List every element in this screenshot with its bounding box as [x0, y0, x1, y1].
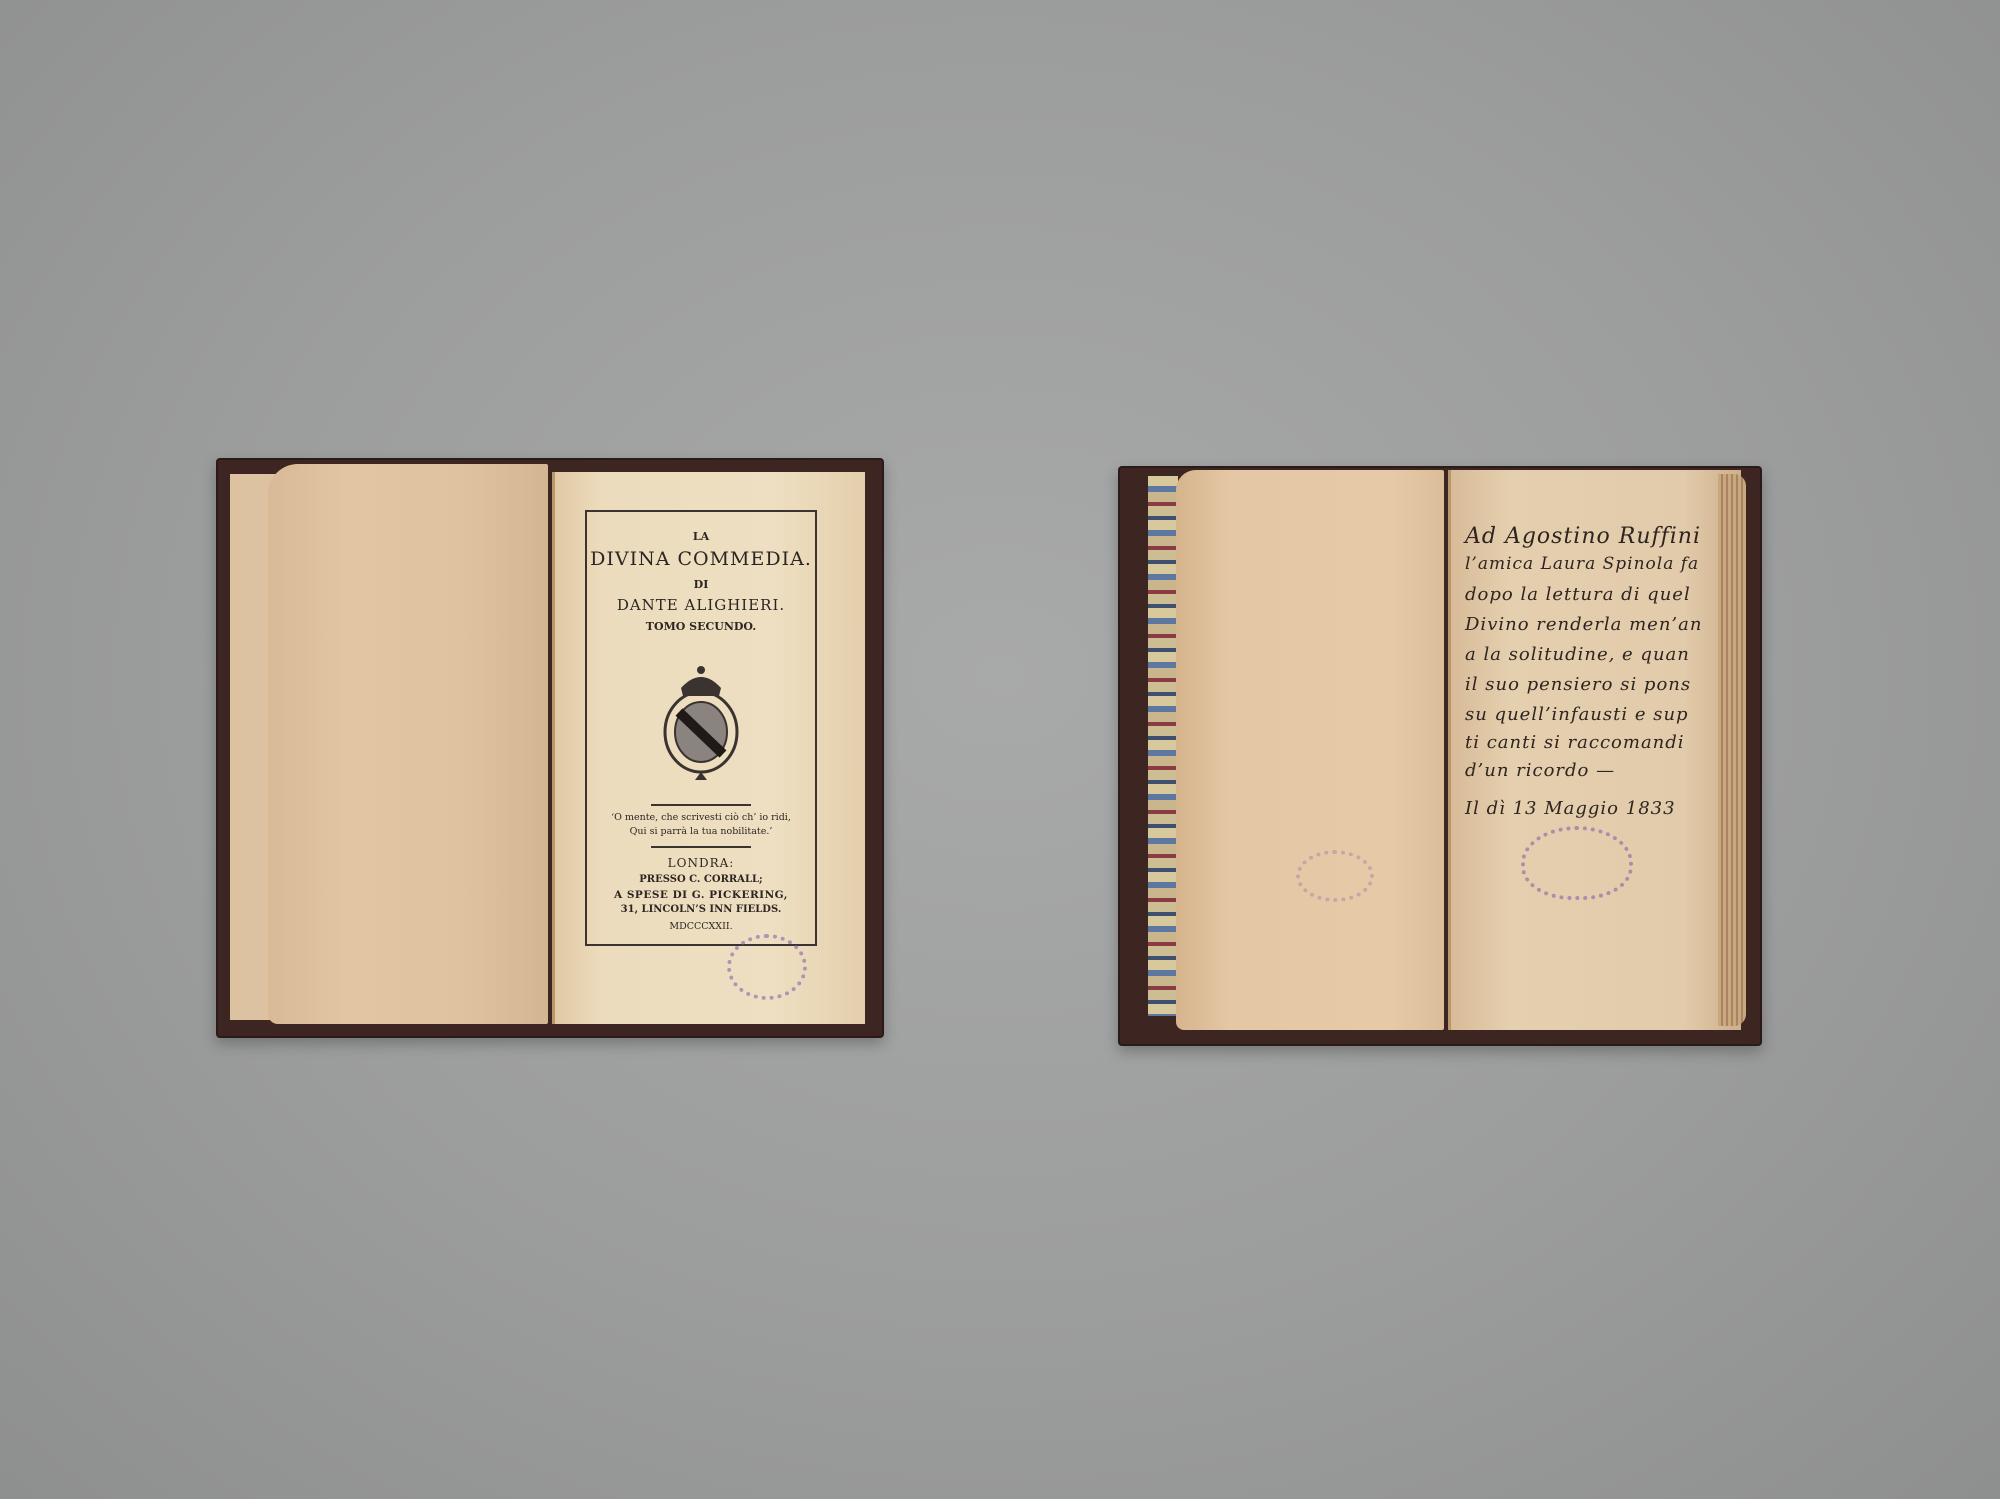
inscription-line: su quell’infausti e sup	[1465, 704, 1689, 725]
garter-crest-icon	[659, 662, 743, 780]
inscription-line: d’un ricordo —	[1465, 760, 1615, 781]
inscription-line: Divino renderla men’an	[1465, 614, 1702, 635]
title-page: LA DIVINA COMMEDIA. DI DANTE ALIGHIERI. …	[552, 472, 865, 1024]
volume: TOMO SECUNDO.	[587, 620, 815, 633]
inscription-date: Il dì 13 Maggio 1833	[1465, 798, 1676, 819]
book-right: Ad Agostino Ruffini l’amica Laura Spinol…	[1118, 466, 1758, 1044]
inscription-line: l’amica Laura Spinola fa	[1465, 554, 1699, 574]
inscription-line: Ad Agostino Ruffini	[1465, 524, 1701, 549]
inscription-line: a la solitudine, e quan	[1465, 644, 1690, 665]
imprint-year: MDCCCXXII.	[587, 921, 815, 932]
inscription-line: ti canti si raccomandi	[1465, 732, 1685, 753]
faded-stamp	[1296, 850, 1374, 902]
inscription-line: il suo pensiero si pons	[1465, 674, 1691, 695]
book-title: DIVINA COMMEDIA.	[587, 548, 815, 570]
divider-rule	[651, 846, 751, 848]
imprint-city: LONDRA:	[587, 856, 815, 870]
flyleaf-page	[268, 464, 548, 1024]
book-left: LA DIVINA COMMEDIA. DI DANTE ALIGHIERI. …	[216, 458, 880, 1036]
divider-rule	[651, 804, 751, 806]
ornamental-frame: LA DIVINA COMMEDIA. DI DANTE ALIGHIERI. …	[585, 510, 817, 946]
imprint-printer: PRESSO C. CORRALL;	[587, 874, 815, 885]
marbled-spine	[1148, 476, 1178, 1016]
imprint-address: 31, LINCOLN’S INN FIELDS.	[587, 904, 815, 915]
library-stamp	[727, 934, 807, 1000]
author: DANTE ALIGHIERI.	[587, 596, 815, 614]
blank-page	[1176, 470, 1444, 1030]
inscription-line: dopo la lettura di quel	[1465, 584, 1691, 605]
title-line1: LA	[587, 530, 815, 543]
title-by: DI	[587, 578, 815, 591]
epigraph-line2: Qui si parrà la tua nobilitate.’	[587, 826, 815, 837]
imprint-publisher: A SPESE DI G. PICKERING,	[587, 889, 815, 901]
epigraph-line1: ‘O mente, che scrivesti ciò ch’ io ridi,	[587, 812, 815, 823]
library-stamp	[1521, 826, 1633, 900]
page-edges	[1718, 474, 1746, 1026]
inscription-page: Ad Agostino Ruffini l’amica Laura Spinol…	[1448, 470, 1741, 1030]
